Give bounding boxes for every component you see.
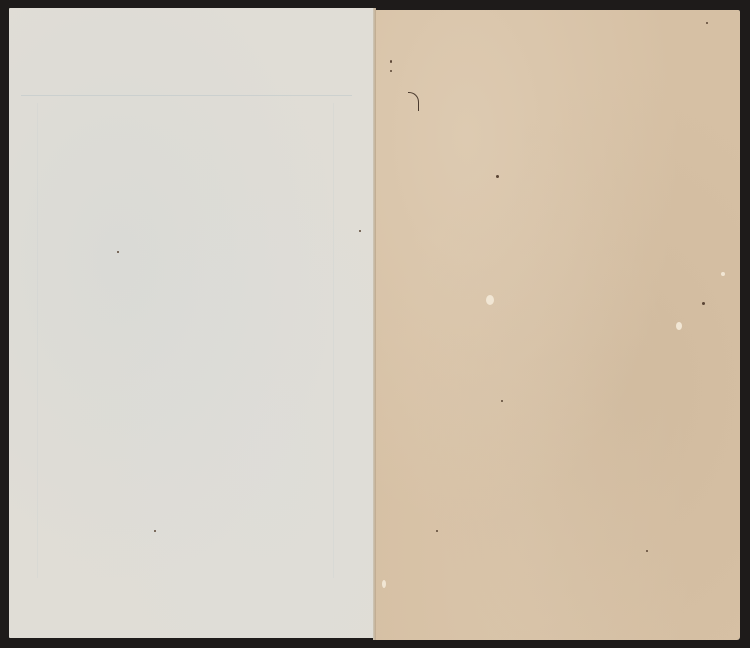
paper-fleck — [721, 272, 725, 276]
show-through-rule — [21, 95, 352, 96]
paper-speck — [154, 530, 156, 532]
paper-fleck — [676, 322, 682, 330]
paper-speck — [359, 230, 361, 232]
paper-speck — [436, 530, 438, 532]
right-page — [376, 10, 740, 640]
paper-fleck — [486, 295, 494, 305]
paper-speck — [390, 60, 392, 63]
paper-speck — [390, 70, 392, 72]
paper-speck — [702, 302, 705, 305]
book-spread — [0, 0, 750, 648]
paper-speck — [496, 175, 499, 178]
paper-speck — [646, 550, 648, 552]
paper-fleck — [382, 580, 386, 588]
show-through-frame — [37, 103, 334, 578]
left-page — [9, 8, 374, 638]
paper-speck — [501, 400, 503, 402]
paper-speck — [706, 22, 708, 24]
paper-speck — [117, 251, 119, 253]
